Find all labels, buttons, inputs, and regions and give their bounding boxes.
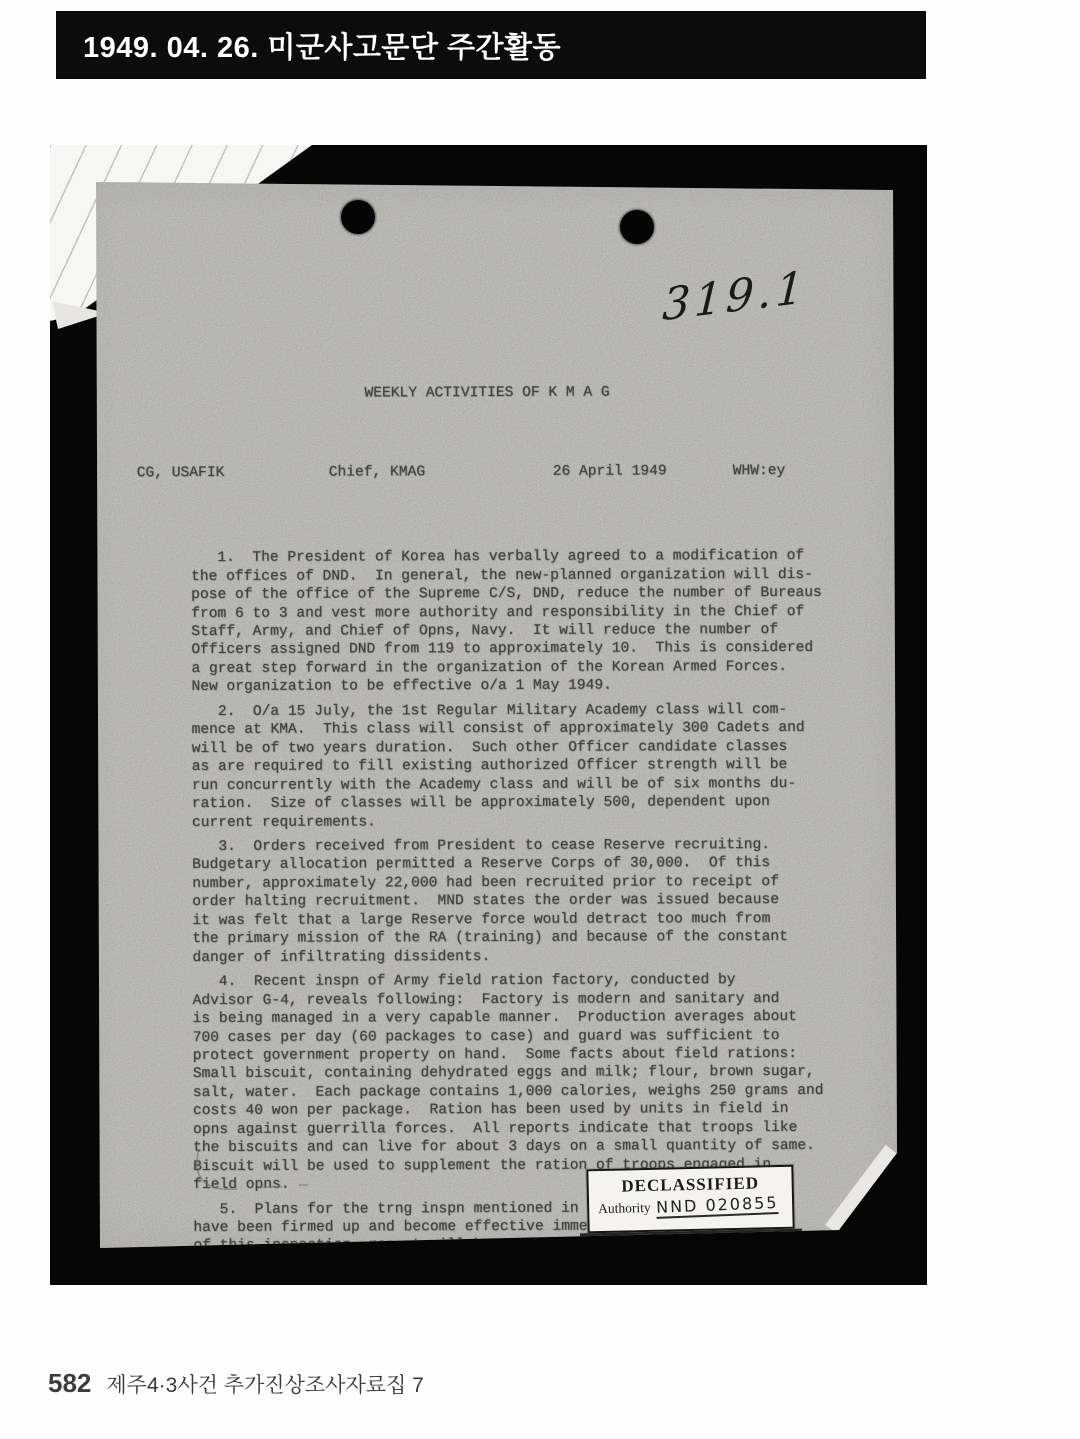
typed-line: 2. O/a 15 July, the 1st Regular Military… xyxy=(192,701,848,722)
typed-line: run concurrently with the Academy class … xyxy=(192,774,848,795)
typed-line: 700 cases per day (60 packages to case) … xyxy=(193,1026,849,1047)
scanned-paper: 319.1 WEEKLY ACTIVITIES OF K M A G CG, U… xyxy=(82,179,897,1249)
typed-line: mence at KMA. This class will consist of… xyxy=(192,719,848,740)
document-scan: 4 319.1 WEEKLY ACTIVITIES OF K M A G CG,… xyxy=(50,145,927,1285)
paragraph: 3. Orders received from President to cea… xyxy=(192,836,848,967)
meta-initials: WHW:ey xyxy=(733,462,786,481)
typed-line: 4. Recent inspn of Army field ration fac… xyxy=(192,971,848,992)
header-bar: 1949. 04. 26. 미군사고문단 주간활동 xyxy=(56,11,926,79)
meta-addressee: CG, USAFIK xyxy=(137,464,225,483)
header-title: 1949. 04. 26. 미군사고문단 주간활동 xyxy=(56,25,561,66)
stamp-authority-line: AuthorityNND 020855 xyxy=(589,1194,792,1220)
typed-line: Staff, Army, and Chief of Opns, Navy. It… xyxy=(191,621,847,642)
typed-line: from 6 to 3 and vest more authority and … xyxy=(191,602,847,623)
typed-line: costs 40 won per package. Ration has bee… xyxy=(193,1100,849,1121)
handwritten-classification-number: 319.1 xyxy=(661,262,809,332)
declassified-stamp: DECLASSIFIED AuthorityNND 020855 xyxy=(586,1165,794,1234)
pencil-scribble xyxy=(177,1145,397,1215)
document-title: WEEKLY ACTIVITIES OF K M A G xyxy=(364,383,846,403)
typed-line: KA. xyxy=(193,1254,849,1275)
page-footer: 582 제주4·3사건 추가진상조사자료집 7 xyxy=(48,1368,424,1399)
typed-line: is being managed in a very capable manne… xyxy=(193,1008,849,1029)
typed-line: number, approximately 22,000 had been re… xyxy=(192,873,848,894)
typed-line: danger of infiltrating dissidents. xyxy=(192,946,848,967)
typed-line: 1. The President of Korea has verbally a… xyxy=(191,547,847,568)
typed-line: it was felt that a large Reserve force w… xyxy=(192,910,848,931)
footer-page-number: 582 xyxy=(48,1368,91,1399)
typed-line: the offices of DND. In general, the new-… xyxy=(191,565,847,586)
typed-line: Budgetary allocation permitted a Reserve… xyxy=(192,854,848,875)
meta-sender: Chief, KMAG xyxy=(329,464,425,483)
typed-line: as are required to fill existing authori… xyxy=(192,756,848,777)
typed-line: Officers assigned DND from 119 to approx… xyxy=(191,639,847,660)
typed-line: a great step forward in the organization… xyxy=(191,658,847,679)
typed-line: Advisor G-4, reveals following: Factory … xyxy=(193,989,849,1010)
punch-hole-left xyxy=(341,200,375,234)
stamp-authority-label: Authority xyxy=(598,1200,651,1216)
book-page: 1949. 04. 26. 미군사고문단 주간활동 4 319.1 WEEKLY… xyxy=(0,0,1080,1439)
footer-book-title: 제주4·3사건 추가진상조사자료집 7 xyxy=(106,1369,423,1399)
typed-line: will be of two years duration. Such othe… xyxy=(192,737,848,758)
typed-line: opns against guerrilla forces. All repor… xyxy=(193,1119,849,1140)
meta-date: 26 April 1949 xyxy=(553,463,667,482)
typed-line: 3. Orders received from President to cea… xyxy=(192,836,848,857)
typed-line: salt, water. Each package contains 1,000… xyxy=(193,1082,849,1103)
typed-line: order halting recruitment. MND states th… xyxy=(192,891,848,912)
typed-line: of this inspection, report will be rende… xyxy=(193,1235,849,1256)
typed-line: current requirements. xyxy=(192,811,848,832)
typed-line: Small biscuit, containing dehydrated egg… xyxy=(193,1063,849,1084)
typed-line: pose of the office of the Supreme C/S, D… xyxy=(191,584,847,605)
stamp-authority-value: NND 020855 xyxy=(655,1193,778,1219)
meta-row: CG, USAFIK Chief, KMAG 26 April 1949 WHW… xyxy=(137,462,847,483)
typed-line: ration. Size of classes will be approxim… xyxy=(192,793,848,814)
punch-hole-right xyxy=(620,210,654,244)
typed-line: the primary mission of the RA (training)… xyxy=(192,928,848,949)
paragraph: 1. The President of Korea has verbally a… xyxy=(191,547,848,697)
typed-line: protect government property on hand. Som… xyxy=(193,1045,849,1066)
paragraph: 2. O/a 15 July, the 1st Regular Military… xyxy=(192,701,848,832)
typed-line: New organization to be effective o/a 1 M… xyxy=(191,676,847,697)
